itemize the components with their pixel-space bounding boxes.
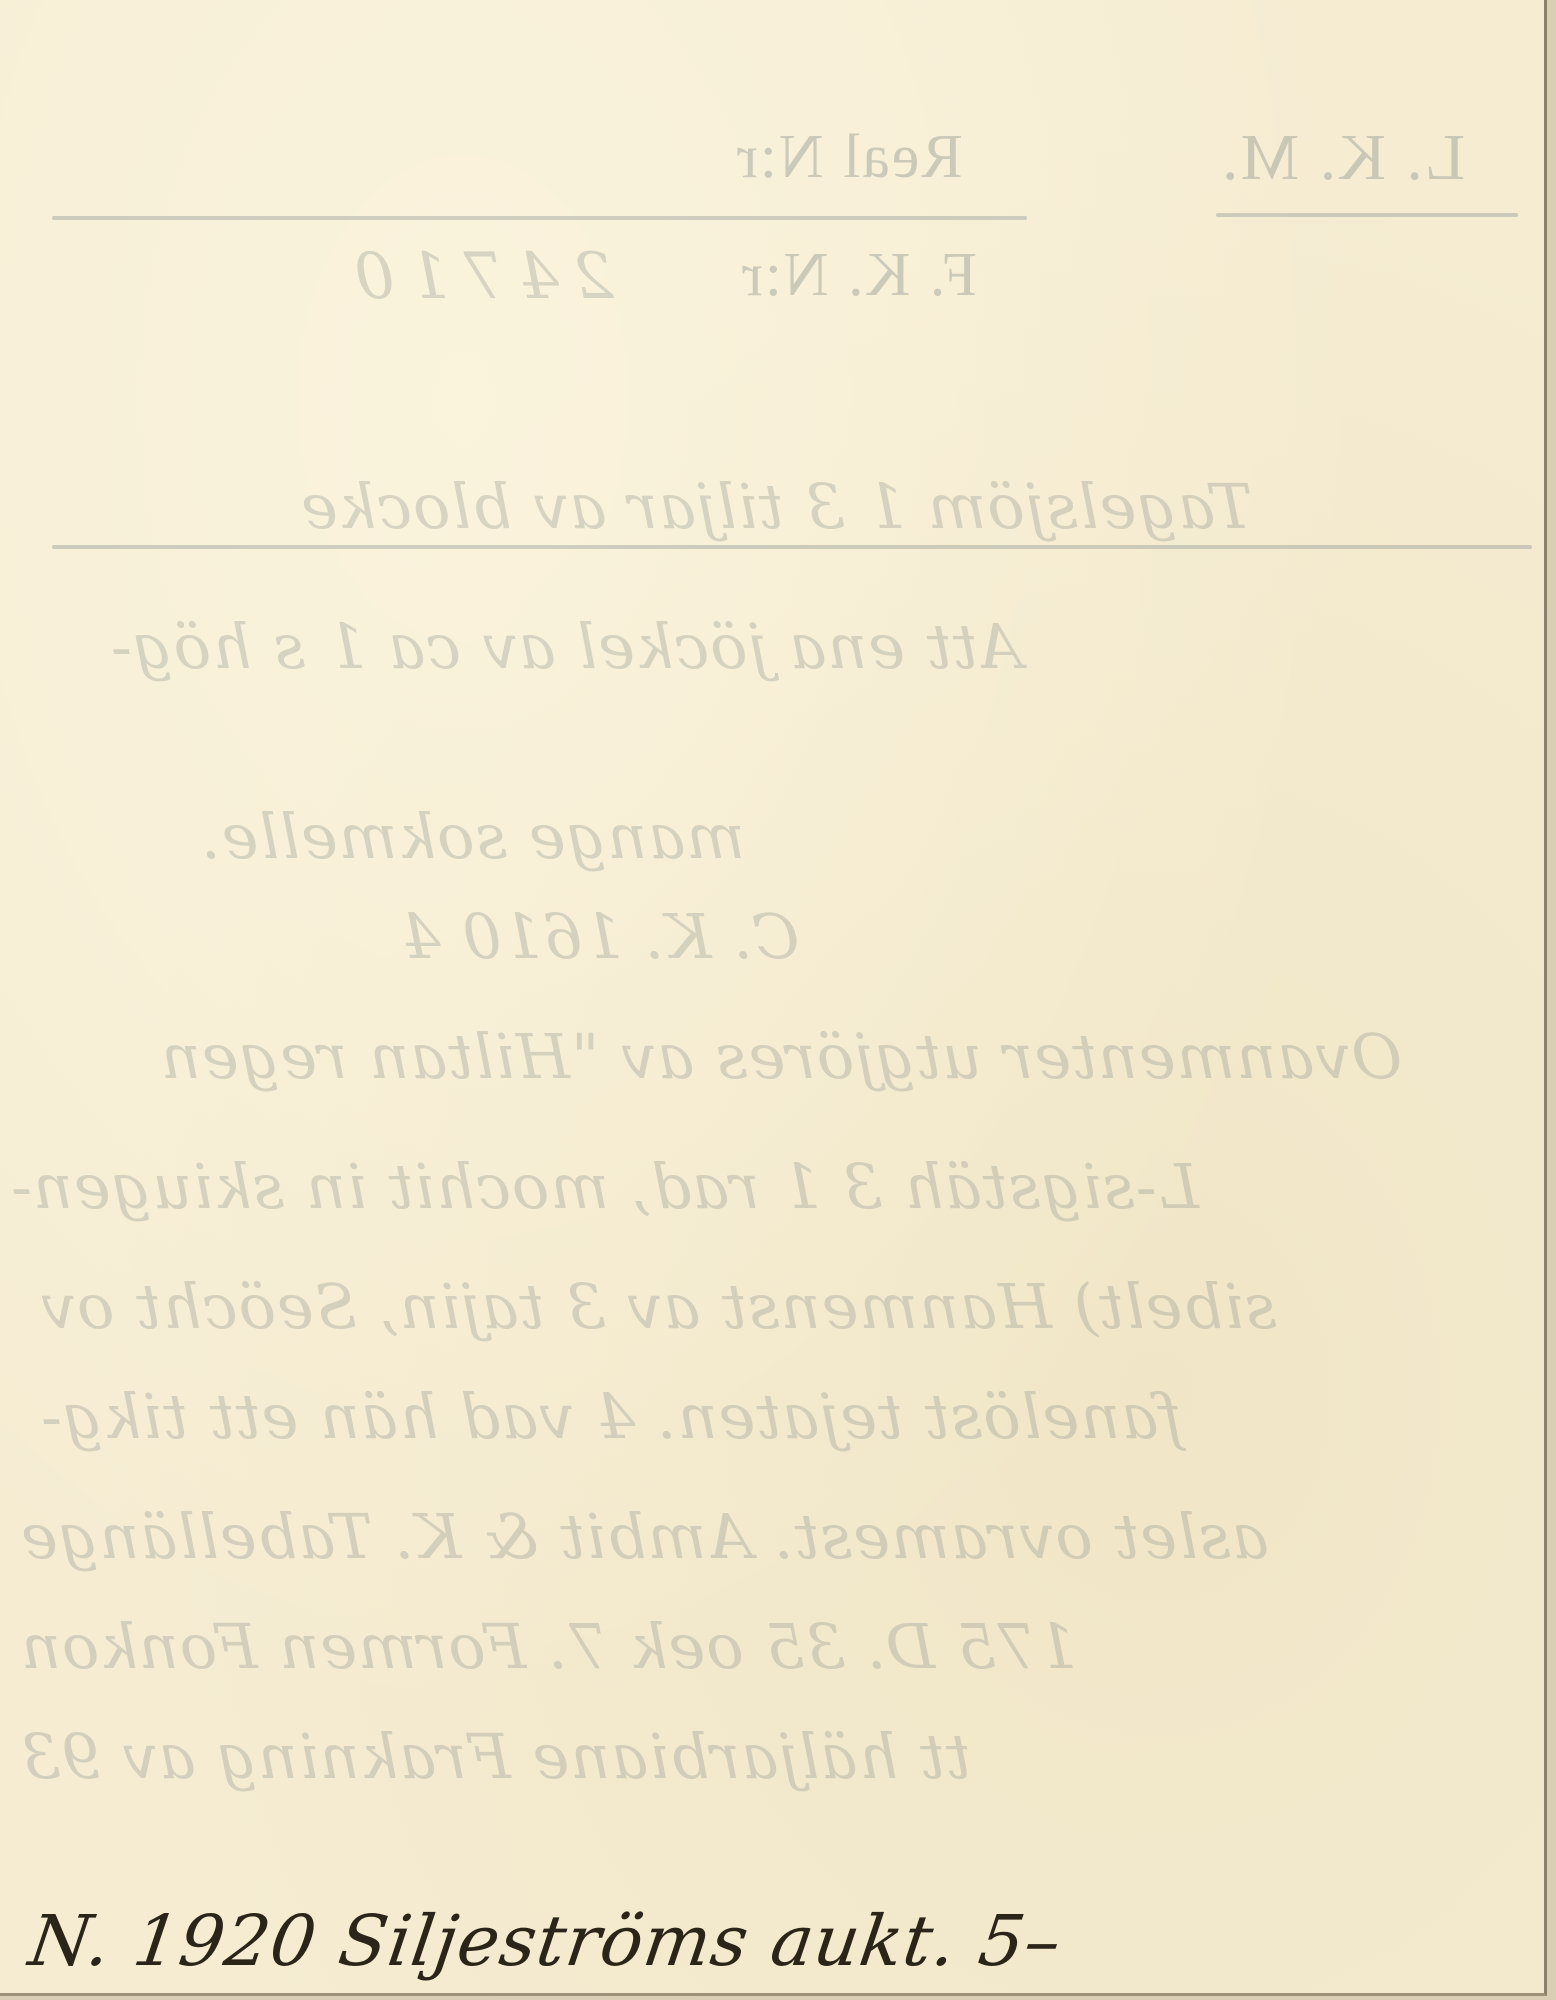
ghost-rule-title — [52, 545, 1532, 549]
ghost-header-real-nr: Real N:r — [735, 122, 963, 193]
ghost-line-5: Ovanmenter utgjöres av "Hiltan regen — [160, 1020, 1402, 1093]
ghost-line-6: L-sigstäh 3 1 rad, mochit in skiugen- — [10, 1150, 1199, 1223]
ghost-line-4: C. K. 1610 4 — [400, 900, 799, 973]
ghost-line-1: Tagelsjöm 1 3 tiljar av blocke — [300, 470, 1253, 543]
handwritten-provenance-note: N. 1920 Siljeströms aukt. 5– — [24, 1900, 1067, 1982]
ghost-line-8: fanelöst tejaten. 4 vad hän ett tikg- — [40, 1380, 1182, 1453]
ghost-line-3: mange sokmelle. — [200, 800, 745, 873]
ghost-line-10: 175 D. 35 oek 7. Formen Fonkon — [20, 1610, 1077, 1683]
ghost-fk-label: F. K. N:r — [740, 240, 977, 311]
ghost-rule-header-left — [52, 216, 1027, 220]
ghost-header-lkm: L. K. M. — [1220, 120, 1465, 196]
ghost-line-11: tt häljarbiane Frakning av 93 — [20, 1720, 971, 1793]
ghost-fk-number: 24710 — [340, 240, 614, 314]
ghost-line-2: Att ena jöckel av ca 1 s hög- — [110, 610, 1022, 683]
ghost-line-9: aslet ovramest. Ambit & K. Tabellänge — [20, 1500, 1269, 1573]
index-card: L. K. M. Real N:r F. K. N:r 24710 Tagels… — [0, 0, 1547, 1996]
ghost-line-7: sibelt) Hanmenst av 3 tajin, Seöcht ov — [40, 1270, 1277, 1343]
ghost-rule-header-right — [1216, 213, 1518, 217]
